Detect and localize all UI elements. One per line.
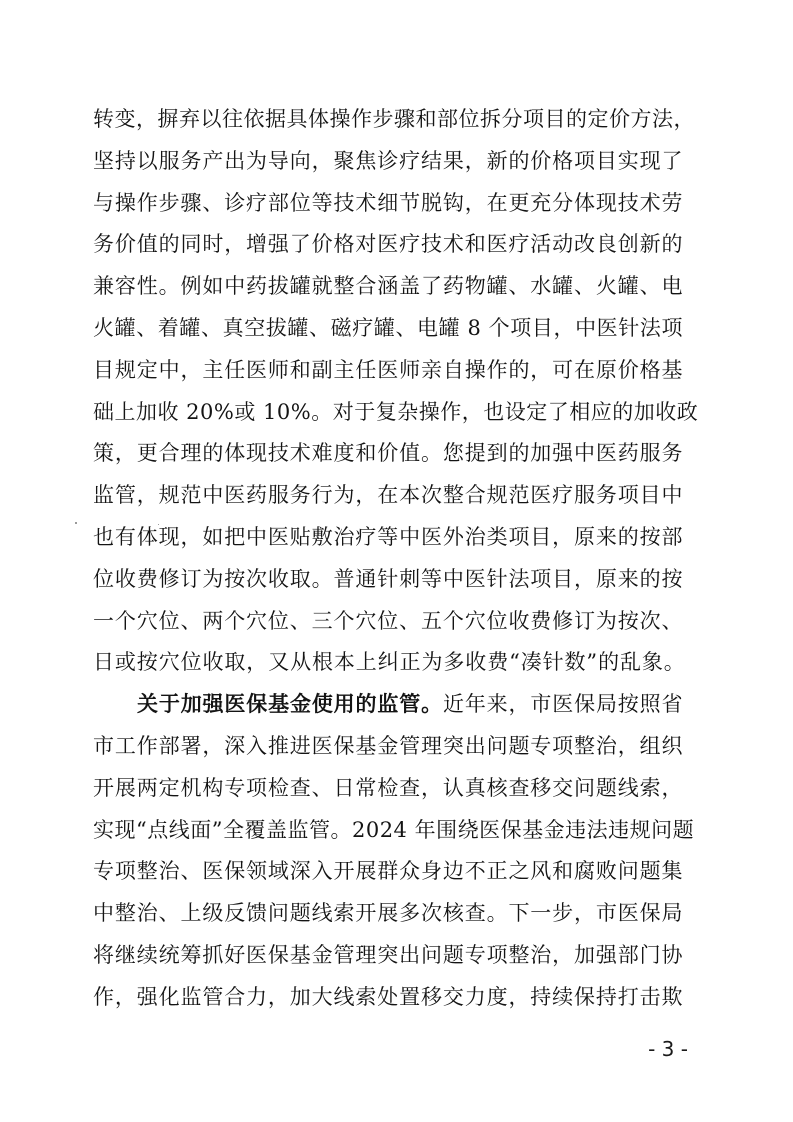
document-body: 转变，摒弃以往依据具体操作步骤和部位拆分项目的定价方法， 坚持以服务产出为导向，… [93, 99, 683, 1019]
paragraph-tcm-pricing: 转变，摒弃以往依据具体操作步骤和部位拆分项目的定价方法， 坚持以服务产出为导向，… [93, 99, 683, 684]
text-run: 近年来，市医保局按照省 [443, 692, 683, 716]
paragraph-fund-supervision: 关于加强医保基金使用的监管。近年来，市医保局按照省 市工作部署，深入推进医保基金… [93, 684, 683, 1018]
text-line: 一个穴位、两个穴位、三个穴位、五个穴位收费修订为按次、 [93, 601, 683, 643]
text-line: 日或按穴位收取，又从根本上纠正为多收费“凑针数”的乱象。 [93, 642, 683, 684]
text-line: 关于加强医保基金使用的监管。近年来，市医保局按照省 [93, 684, 683, 726]
text-line: 策，更合理的体现技术难度和价值。您提到的加强中医药服务 [93, 433, 683, 475]
text-line: 也有体现，如把中医贴敷治疗等中医外治类项目，原来的按部 [93, 517, 683, 559]
page-number: - 3 - [640, 1036, 696, 1062]
text-line: 位收费修订为按次收取。普通针刺等中医针法项目，原来的按 [93, 559, 683, 601]
text-line: 将继续统筹抓好医保基金管理突出问题专项整治，加强部门协 [93, 935, 683, 977]
text-line: 中整治、上级反馈问题线索开展多次核查。下一步，市医保局 [93, 893, 683, 935]
text-line: 专项整治、医保领域深入开展群众身边不正之风和腐败问题集 [93, 851, 683, 893]
text-line: 转变，摒弃以往依据具体操作步骤和部位拆分项目的定价方法， [93, 99, 683, 141]
text-line: 市工作部署，深入推进医保基金管理突出问题专项整治，组织 [93, 726, 683, 768]
text-line: 开展两定机构专项检查、日常检查，认真核查移交问题线索， [93, 768, 683, 810]
text-line: 与操作步骤、诊疗部位等技术细节脱钩，在更充分体现技术劳 [93, 183, 683, 225]
text-line: 作，强化监管合力，加大线索处置移交力度，持续保持打击欺 [93, 977, 683, 1019]
text-line: 实现“点线面”全覆盖监管。2024 年围绕医保基金违法违规问题 [93, 810, 683, 852]
text-line: 目规定中，主任医师和副主任医师亲自操作的，可在原价格基 [93, 350, 683, 392]
text-line: 坚持以服务产出为导向，聚焦诊疗结果，新的价格项目实现了 [93, 141, 683, 183]
section-heading: 关于加强医保基金使用的监管。 [137, 692, 443, 716]
document-page: 转变，摒弃以往依据具体操作步骤和部位拆分项目的定价方法， 坚持以服务产出为导向，… [0, 0, 793, 1122]
text-line: 火罐、着罐、真空拔罐、磁疗罐、电罐 8 个项目，中医针法项 [93, 308, 683, 350]
text-line: 监管，规范中医药服务行为，在本次整合规范医疗服务项目中 [93, 475, 683, 517]
text-line: 础上加收 20%或 10%。对于复杂操作，也设定了相应的加收政 [93, 392, 683, 434]
scan-artifact [75, 522, 77, 524]
text-line: 兼容性。例如中药拔罐就整合涵盖了药物罐、水罐、火罐、电 [93, 266, 683, 308]
text-line: 务价值的同时，增强了价格对医疗技术和医疗活动改良创新的 [93, 224, 683, 266]
